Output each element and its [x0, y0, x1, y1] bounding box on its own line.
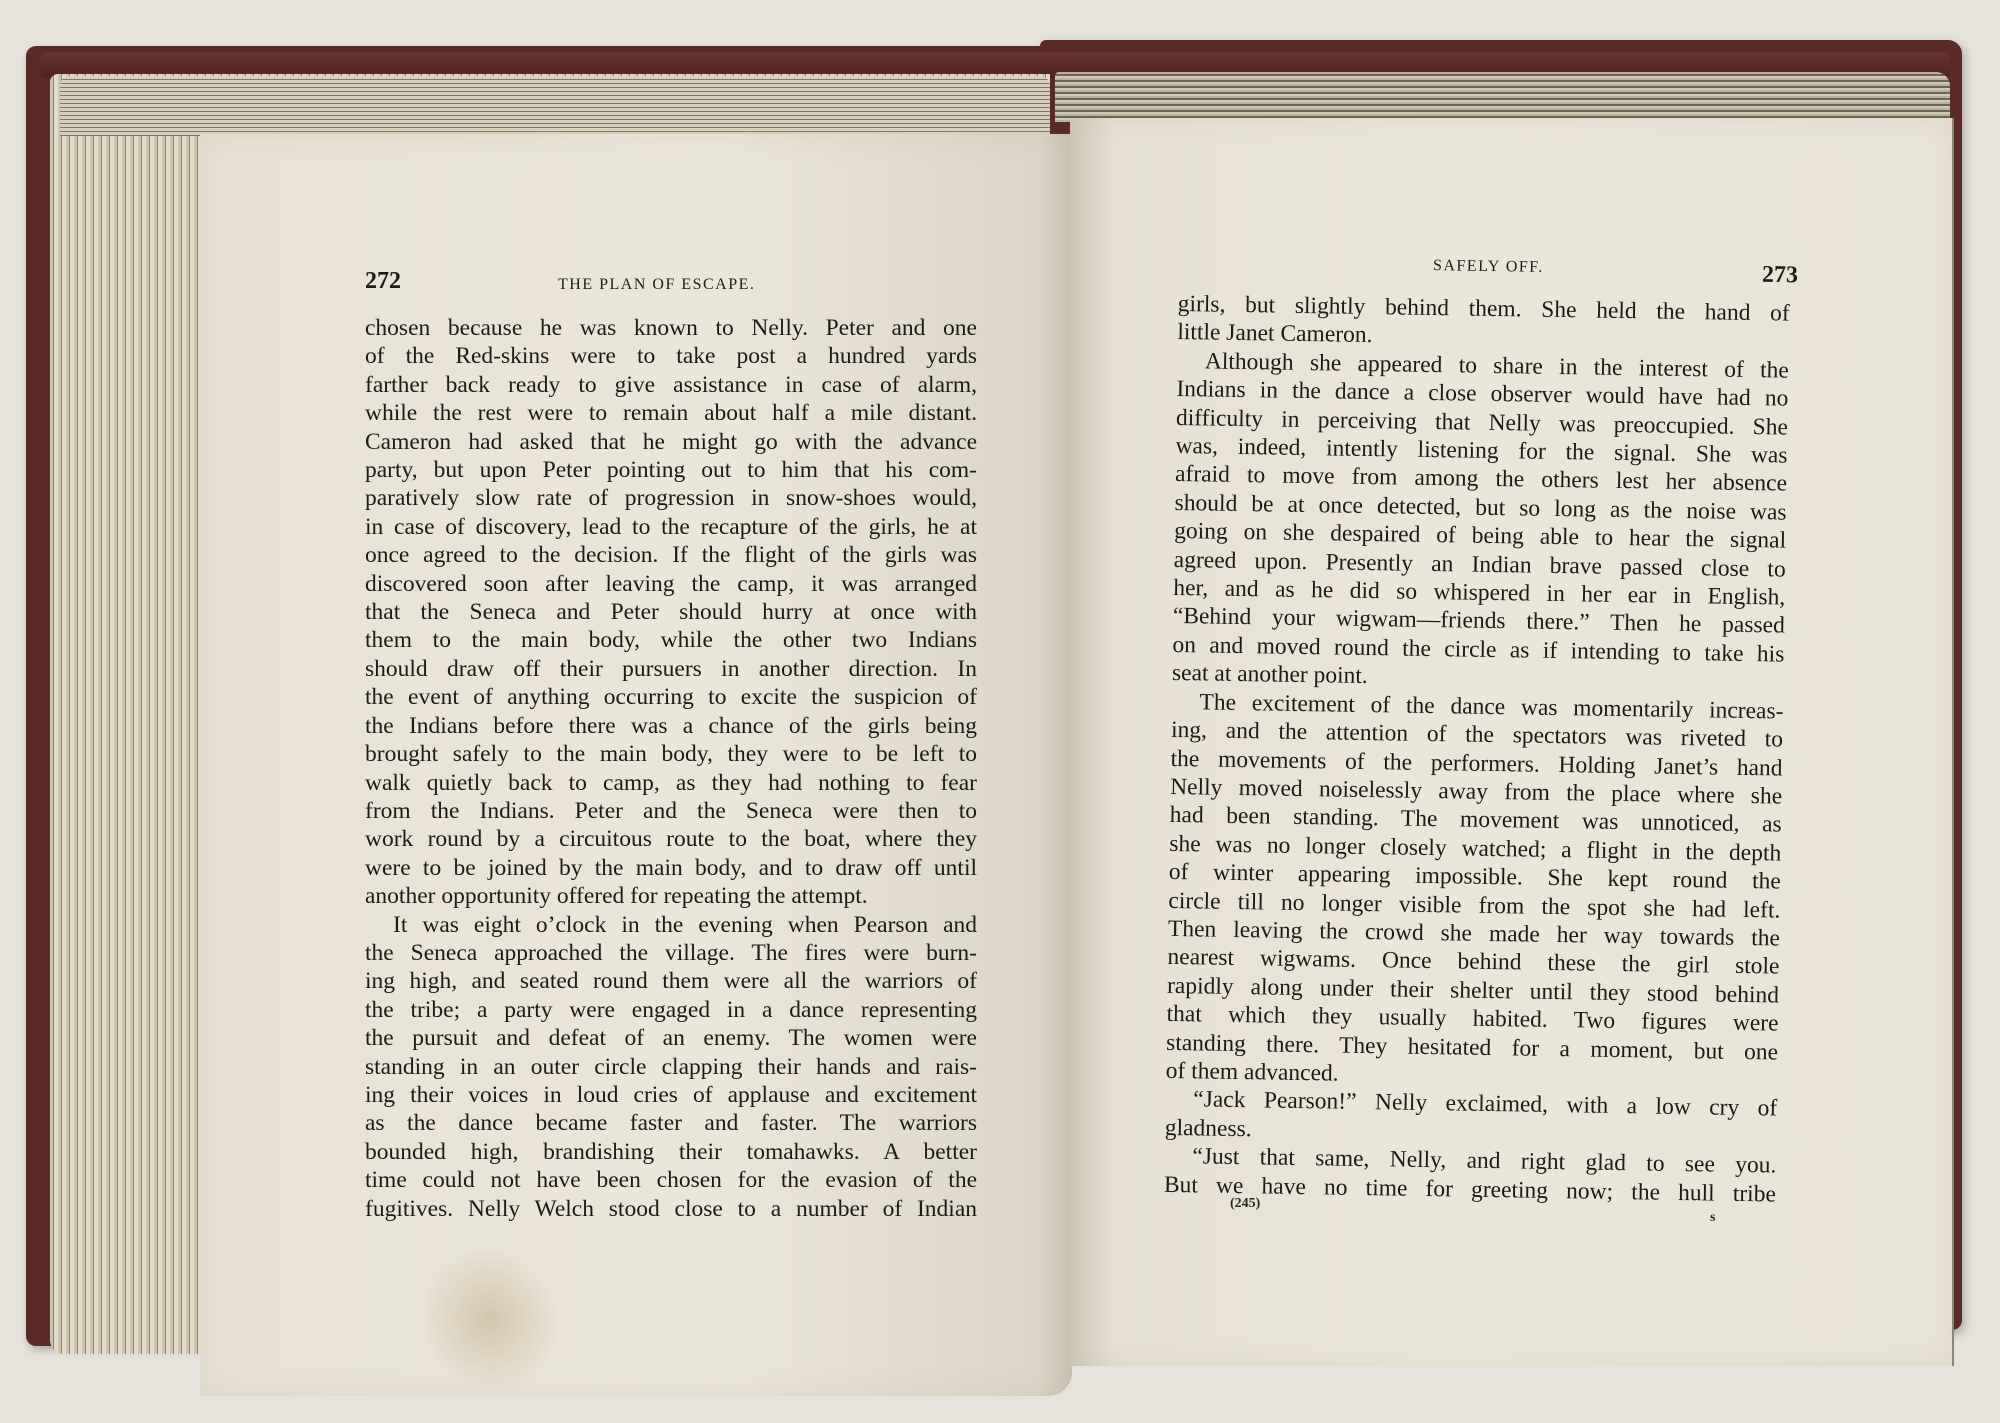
text-line: the pursuit and defeat of an enemy. The … — [365, 1024, 977, 1052]
text-line: time could not have been chosen for the … — [365, 1166, 977, 1194]
text-line: brought safely to the main body, they we… — [365, 740, 977, 768]
text-line: them to the main body, while the other t… — [365, 626, 977, 654]
text-line: farther back ready to give assistance in… — [365, 371, 977, 399]
text-line: party, but upon Peter pointing out to hi… — [365, 456, 977, 484]
paper-stain — [399, 1225, 582, 1414]
right-page-number: 273 — [1762, 262, 1798, 290]
text-line: work round by a circuitous route to the … — [365, 825, 977, 853]
text-line: the tribe; a party were engaged in a dan… — [365, 996, 977, 1024]
text-line: standing in an outer circle clapping the… — [365, 1053, 977, 1081]
open-book: 272 THE PLAN OF ESCAPE. chosen because h… — [0, 0, 2000, 1423]
text-line: chosen because he was known to Nelly. Pe… — [365, 314, 977, 342]
text-line: the Seneca approached the village. The f… — [365, 939, 977, 967]
text-line: that the Seneca and Peter should hurry a… — [365, 598, 977, 626]
right-running-head: SAFELY OFF. — [1433, 257, 1544, 277]
text-line: bounded high, brandishing their tomahawk… — [365, 1138, 977, 1166]
text-line: as the dance became faster and faster. T… — [365, 1109, 977, 1137]
text-line: discovered soon after leaving the camp, … — [365, 570, 977, 598]
text-line: of the Red-skins were to take post a hun… — [365, 342, 977, 370]
footer-signature-mark: s — [1710, 1210, 1715, 1226]
text-line: paratively slow rate of progression in s… — [365, 484, 977, 512]
text-line: another opportunity offered for repeatin… — [365, 882, 977, 910]
text-line: the Indians before there was a chance of… — [365, 712, 977, 740]
text-line: It was eight o’clock in the evening when… — [365, 911, 977, 939]
left-page-body: chosen because he was known to Nelly. Pe… — [365, 314, 977, 1223]
left-running-head: THE PLAN OF ESCAPE. — [558, 276, 755, 294]
text-line: were to be joined by the main body, and … — [365, 854, 977, 882]
left-page-number: 272 — [365, 268, 401, 295]
text-line: ing their voices in loud cries of applau… — [365, 1081, 977, 1109]
text-line: Cameron had asked that he might go with … — [365, 428, 977, 456]
right-page-body: girls, but slightly behind them. She hel… — [1164, 290, 1790, 1209]
text-line: while the rest were to remain about half… — [365, 399, 977, 427]
text-line: walk quietly back to camp, as they had n… — [365, 769, 977, 797]
text-line: fugitives. Nelly Welch stood close to a … — [365, 1195, 977, 1223]
text-line: should draw off their pursuers in anothe… — [365, 655, 977, 683]
text-line: the event of anything occurring to excit… — [365, 683, 977, 711]
text-line: ing high, and seated round them were all… — [365, 967, 977, 995]
page-stack-left-top — [60, 76, 1050, 136]
text-line: in case of discovery, lead to the recapt… — [365, 513, 977, 541]
text-line: from the Indians. Peter and the Seneca w… — [365, 797, 977, 825]
text-line: once agreed to the decision. If the flig… — [365, 541, 977, 569]
footer-page-ref: (245) — [1230, 1196, 1260, 1212]
page-stack-right-top — [1055, 72, 1950, 122]
